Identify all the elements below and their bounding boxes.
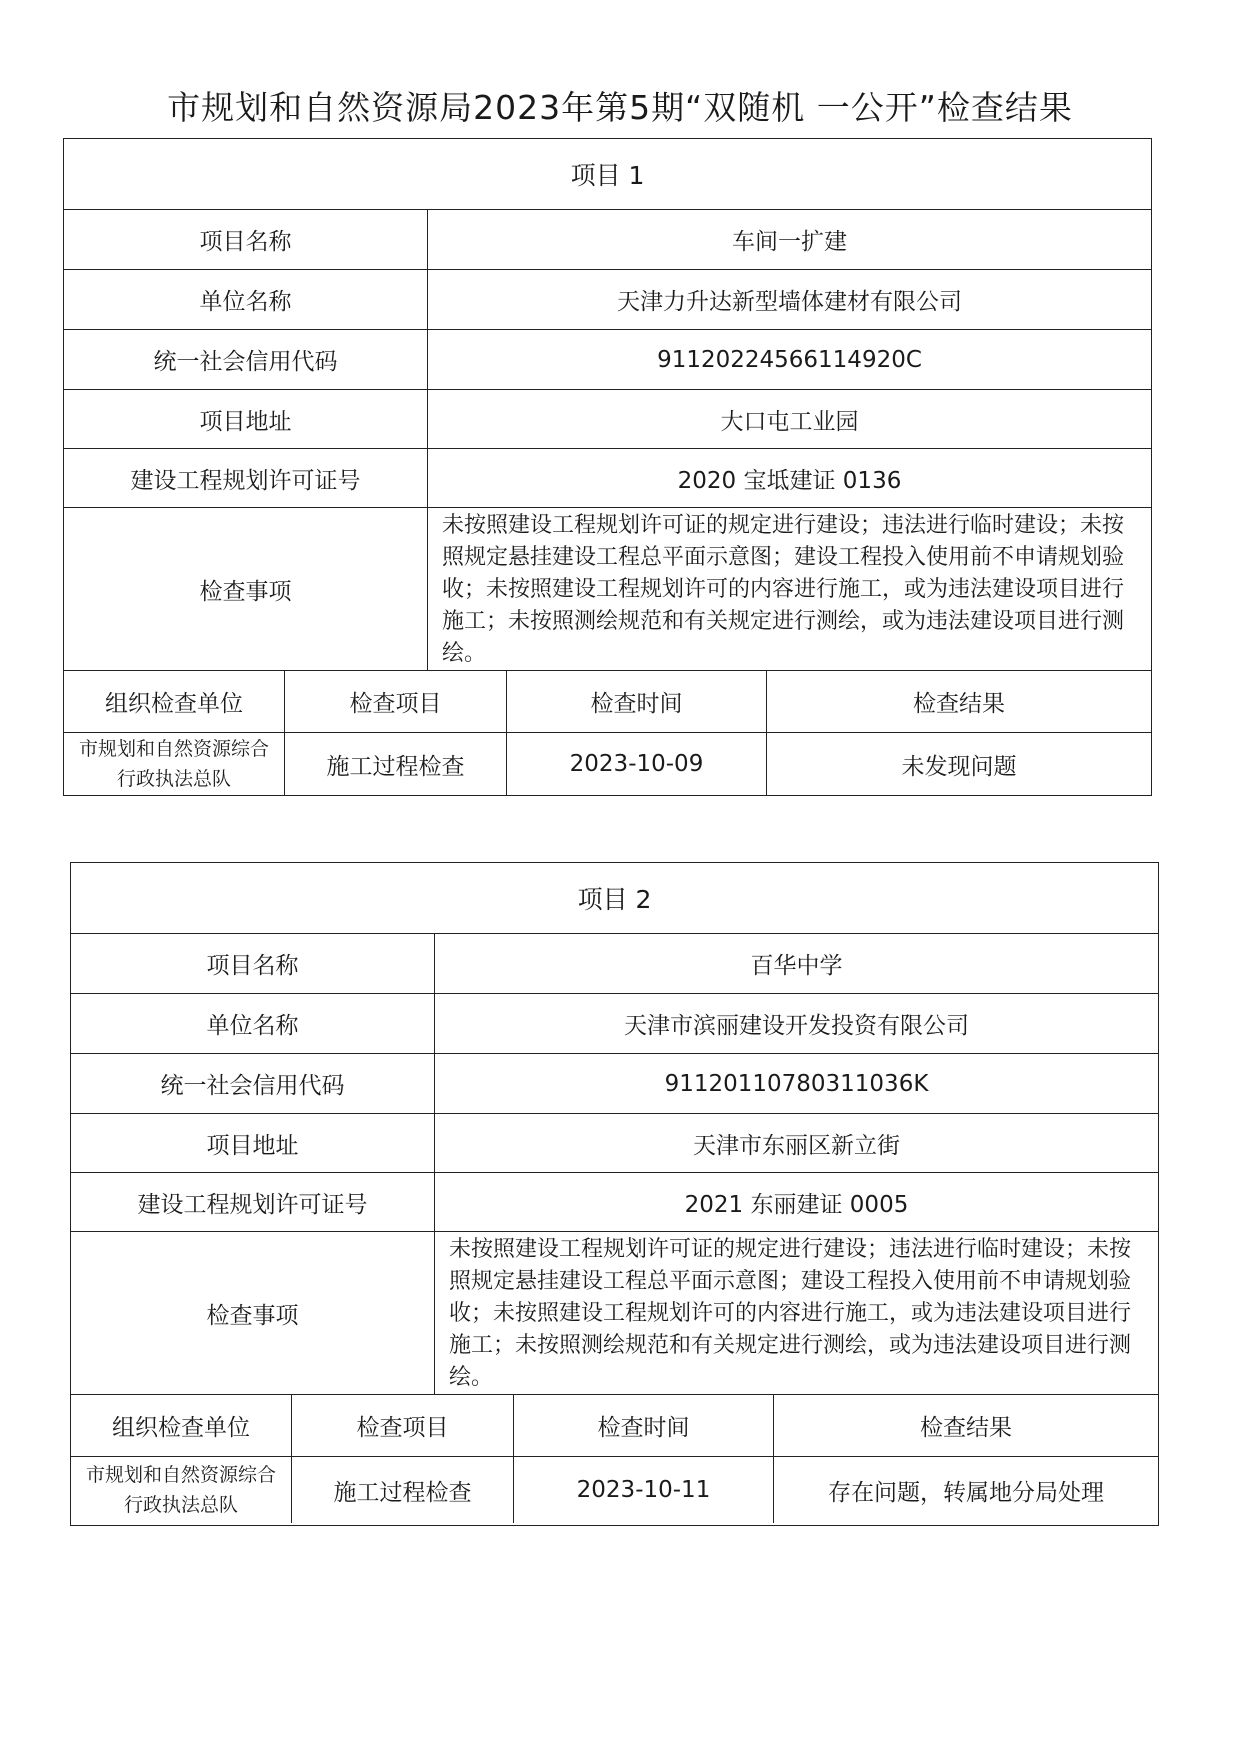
row-project-name: 项目名称 车间一扩建 bbox=[64, 210, 1151, 270]
project-heading-row: 项目 1 bbox=[64, 139, 1151, 210]
value-check-item: 施工过程检查 bbox=[284, 733, 506, 795]
row-result-header: 组织检查单位 检查项目 检查时间 检查结果 bbox=[64, 671, 1151, 733]
value-unit-name: 天津力升达新型墙体建材有限公司 bbox=[427, 270, 1151, 329]
label-credit-code: 统一社会信用代码 bbox=[71, 1054, 434, 1113]
row-unit-name: 单位名称 天津市滨丽建设开发投资有限公司 bbox=[71, 994, 1158, 1054]
value-check-time: 2023-10-09 bbox=[506, 733, 766, 795]
row-permit-no: 建设工程规划许可证号 2020 宝坻建证 0136 bbox=[64, 449, 1151, 508]
header-check-result: 检查结果 bbox=[766, 671, 1151, 732]
project-heading-row: 项目 2 bbox=[71, 863, 1158, 934]
value-check-result: 未发现问题 bbox=[766, 733, 1151, 795]
value-unit-name: 天津市滨丽建设开发投资有限公司 bbox=[434, 994, 1158, 1053]
label-project-name: 项目名称 bbox=[71, 934, 434, 993]
value-credit-code: 91120224566114920C bbox=[427, 330, 1151, 389]
value-check-time: 2023-10-11 bbox=[513, 1457, 773, 1523]
value-project-name: 百华中学 bbox=[434, 934, 1158, 993]
header-org-unit: 组织检查单位 bbox=[64, 671, 284, 732]
header-check-time: 检查时间 bbox=[513, 1395, 773, 1456]
row-credit-code: 统一社会信用代码 91120224566114920C bbox=[64, 330, 1151, 390]
header-check-result: 检查结果 bbox=[773, 1395, 1158, 1456]
row-inspection-items: 检查事项 未按照建设工程规划许可证的规定进行建设；违法进行临时建设；未按照规定悬… bbox=[71, 1232, 1158, 1395]
header-check-item: 检查项目 bbox=[291, 1395, 513, 1456]
row-result-header: 组织检查单位 检查项目 检查时间 检查结果 bbox=[71, 1395, 1158, 1457]
label-inspection-items: 检查事项 bbox=[64, 508, 427, 670]
label-unit-name: 单位名称 bbox=[64, 270, 427, 329]
value-org-unit: 市规划和自然资源综合行政执法总队 bbox=[64, 733, 284, 795]
project-2-table: 项目 2 项目名称 百华中学 单位名称 天津市滨丽建设开发投资有限公司 统一社会… bbox=[70, 862, 1159, 1526]
label-permit-no: 建设工程规划许可证号 bbox=[71, 1173, 434, 1231]
row-unit-name: 单位名称 天津力升达新型墙体建材有限公司 bbox=[64, 270, 1151, 330]
value-check-item: 施工过程检查 bbox=[291, 1457, 513, 1523]
project-heading: 项目 2 bbox=[71, 863, 1158, 933]
label-inspection-items: 检查事项 bbox=[71, 1232, 434, 1394]
label-unit-name: 单位名称 bbox=[71, 994, 434, 1053]
label-project-name: 项目名称 bbox=[64, 210, 427, 269]
header-check-time: 检查时间 bbox=[506, 671, 766, 732]
row-result-values: 市规划和自然资源综合行政执法总队 施工过程检查 2023-10-09 未发现问题 bbox=[64, 733, 1151, 795]
value-inspection-items: 未按照建设工程规划许可证的规定进行建设；违法进行临时建设；未按照规定悬挂建设工程… bbox=[434, 1232, 1158, 1394]
row-address: 项目地址 大口屯工业园 bbox=[64, 390, 1151, 449]
row-result-values: 市规划和自然资源综合行政执法总队 施工过程检查 2023-10-11 存在问题，… bbox=[71, 1457, 1158, 1523]
header-check-item: 检查项目 bbox=[284, 671, 506, 732]
project-1-table: 项目 1 项目名称 车间一扩建 单位名称 天津力升达新型墙体建材有限公司 统一社… bbox=[63, 138, 1152, 796]
row-permit-no: 建设工程规划许可证号 2021 东丽建证 0005 bbox=[71, 1173, 1158, 1232]
value-address: 天津市东丽区新立街 bbox=[434, 1114, 1158, 1172]
value-address: 大口屯工业园 bbox=[427, 390, 1151, 448]
label-credit-code: 统一社会信用代码 bbox=[64, 330, 427, 389]
row-credit-code: 统一社会信用代码 91120110780311036K bbox=[71, 1054, 1158, 1114]
label-address: 项目地址 bbox=[71, 1114, 434, 1172]
value-org-unit: 市规划和自然资源综合行政执法总队 bbox=[71, 1457, 291, 1523]
value-credit-code: 91120110780311036K bbox=[434, 1054, 1158, 1113]
value-permit-no: 2020 宝坻建证 0136 bbox=[427, 449, 1151, 507]
document-title: 市规划和自然资源局2023年第5期“双随机 一公开”检查结果 bbox=[0, 82, 1240, 129]
row-address: 项目地址 天津市东丽区新立街 bbox=[71, 1114, 1158, 1173]
value-permit-no: 2021 东丽建证 0005 bbox=[434, 1173, 1158, 1231]
project-heading: 项目 1 bbox=[64, 139, 1151, 209]
header-org-unit: 组织检查单位 bbox=[71, 1395, 291, 1456]
label-permit-no: 建设工程规划许可证号 bbox=[64, 449, 427, 507]
value-inspection-items: 未按照建设工程规划许可证的规定进行建设；违法进行临时建设；未按照规定悬挂建设工程… bbox=[427, 508, 1151, 670]
label-address: 项目地址 bbox=[64, 390, 427, 448]
value-check-result: 存在问题，转属地分局处理 bbox=[773, 1457, 1158, 1523]
value-project-name: 车间一扩建 bbox=[427, 210, 1151, 269]
row-inspection-items: 检查事项 未按照建设工程规划许可证的规定进行建设；违法进行临时建设；未按照规定悬… bbox=[64, 508, 1151, 671]
row-project-name: 项目名称 百华中学 bbox=[71, 934, 1158, 994]
